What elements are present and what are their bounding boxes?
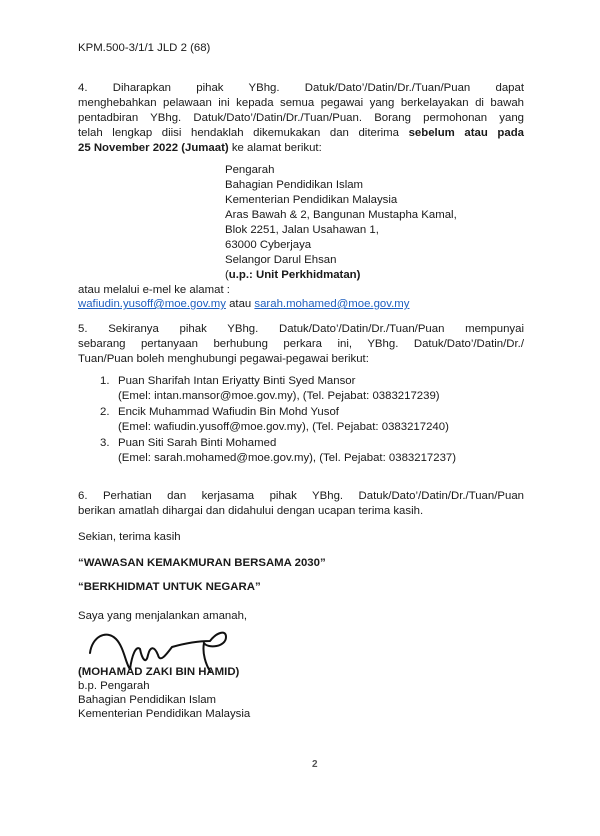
page-number: 2 [312, 759, 318, 770]
address-line: Pengarah [225, 163, 274, 178]
para6-line1: 6. Perhatian dan kerjasama pihak YBhg. D… [78, 489, 524, 504]
para6-line2: berikan amatlah dihargai dan didahului d… [78, 504, 423, 518]
contact-item: 1.Puan Sharifah Intan Eriyatty Binti Sye… [100, 374, 440, 404]
para4-line1: 4. Diharapkan pihak YBhg. Datuk/Dato’/Da… [78, 81, 524, 96]
attention-line: (u.p.: Unit Perkhidmatan) [225, 268, 360, 283]
contact-number: 2. [100, 405, 118, 420]
para4-line4: telah lengkap diisi hendaklah dikemukaka… [78, 126, 524, 141]
contact-name: Encik Muhammad Wafiudin Bin Mohd Yusof [118, 406, 339, 418]
closing-thanks: Sekian, terima kasih [78, 530, 181, 544]
signatory-role: b.p. Pengarah [78, 679, 150, 693]
address-line: 63000 Cyberjaya [225, 238, 311, 253]
email-link-wafiudin[interactable]: wafiudin.yusoff@moe.gov.my [78, 298, 226, 310]
address-line: Aras Bawah & 2, Bangunan Mustapha Kamal, [225, 208, 457, 223]
email-links: wafiudin.yusoff@moe.gov.my atau sarah.mo… [78, 297, 409, 311]
deadline-prefix: sebelum atau pada [409, 127, 524, 139]
para5-line3: Tuan/Puan boleh menghubungi pegawai-pega… [78, 352, 369, 366]
motto-berkhidmat: “BERKHIDMAT UNTUK NEGARA” [78, 580, 261, 594]
para4-line2: menghebahkan pelawaan ini kepada semua p… [78, 96, 524, 111]
contact-name: Puan Siti Sarah Binti Mohamed [118, 437, 276, 449]
contact-number: 3. [100, 436, 118, 451]
contact-detail: (Emel: intan.mansor@moe.gov.my), (Tel. P… [100, 389, 440, 404]
address-line: Bahagian Pendidikan Islam [225, 178, 363, 193]
signatory-ministry: Kementerian Pendidikan Malaysia [78, 707, 250, 721]
contact-detail: (Emel: wafiudin.yusoff@moe.gov.my), (Tel… [100, 420, 449, 435]
para4-line3: pentadbiran YBhg. Datuk/Dato’/Datin/Dr./… [78, 111, 524, 126]
closing-trust: Saya yang menjalankan amanah, [78, 609, 247, 623]
para5-line1: 5. Sekiranya pihak YBhg. Datuk/Dato’/Dat… [78, 322, 524, 337]
contact-number: 1. [100, 374, 118, 389]
address-line: Kementerian Pendidikan Malaysia [225, 193, 397, 208]
signatory-division: Bahagian Pendidikan Islam [78, 693, 216, 707]
address-line: Selangor Darul Ehsan [225, 253, 336, 268]
contact-item: 3.Puan Siti Sarah Binti Mohamed (Emel: s… [100, 436, 456, 466]
para4-line5: 25 November 2022 (Jumaat) ke alamat beri… [78, 141, 322, 155]
para4-line5-text: ke alamat berikut: [229, 142, 322, 154]
contact-detail: (Emel: sarah.mohamed@moe.gov.my), (Tel. … [100, 451, 456, 466]
contact-item: 2.Encik Muhammad Wafiudin Bin Mohd Yusof… [100, 405, 449, 435]
address-line: Blok 2251, Jalan Usahawan 1, [225, 223, 379, 238]
deadline-date: 25 November 2022 (Jumaat) [78, 142, 229, 154]
email-link-sarah[interactable]: sarah.mohamed@moe.gov.my [254, 298, 409, 310]
motto-wawasan: “WAWASAN KEMAKMURAN BERSAMA 2030” [78, 556, 326, 570]
attention-unit: u.p.: Unit Perkhidmatan) [229, 269, 361, 281]
para5-line2: sebarang pertanyaan berhubung perkara in… [78, 337, 524, 352]
email-intro: atau melalui e-mel ke alamat : [78, 283, 230, 297]
signatory-name: (MOHAMAD ZAKI BIN HAMID) [78, 665, 239, 679]
reference-number: KPM.500-3/1/1 JLD 2 (68) [78, 41, 210, 55]
para4-line4-text: telah lengkap diisi hendaklah dikemukaka… [78, 127, 399, 139]
email-joiner: atau [226, 298, 255, 310]
contact-name: Puan Sharifah Intan Eriyatty Binti Syed … [118, 375, 355, 387]
